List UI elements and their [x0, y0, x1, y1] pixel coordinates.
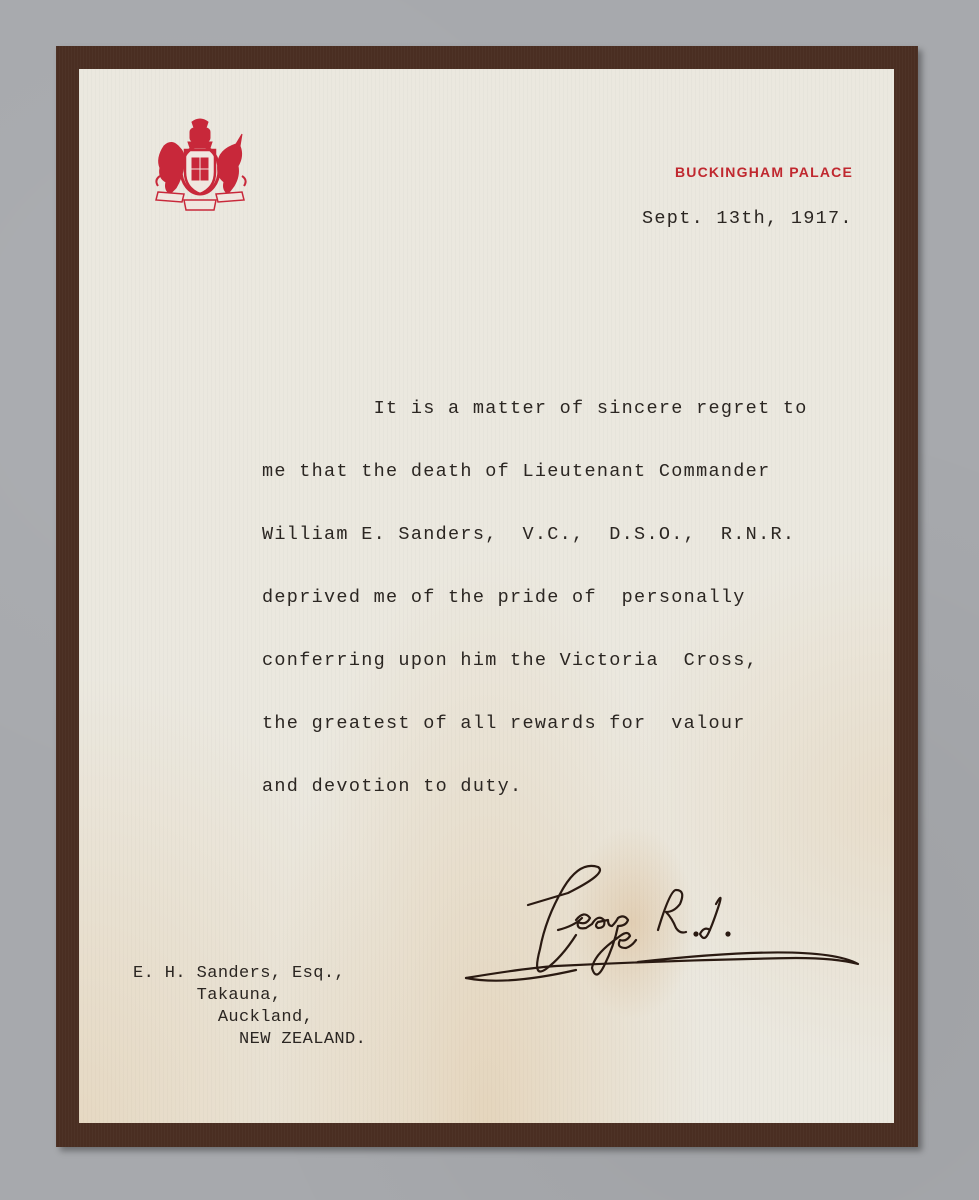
- letterhead-address: BUCKINGHAM PALACE: [600, 164, 853, 180]
- address-line: Takauna,: [133, 986, 281, 1005]
- address-line: NEW ZEALAND.: [133, 1030, 366, 1049]
- body-line: conferring upon him the Victoria Cross,: [262, 650, 758, 671]
- address-line: E. H. Sanders, Esq.,: [133, 964, 345, 983]
- body-line: the greatest of all rewards for valour: [262, 713, 746, 734]
- signature-george-ri: George R. I.: [458, 860, 878, 990]
- body-line: William E. Sanders, V.C., D.S.O., R.N.R.: [262, 524, 795, 545]
- body-line: It is a matter of sincere regret to: [262, 398, 808, 419]
- royal-coat-of-arms-icon: [152, 116, 248, 214]
- letter-date: Sept. 13th, 1917.: [642, 208, 853, 229]
- body-line: and devotion to duty.: [262, 776, 522, 797]
- address-line: Auckland,: [133, 1008, 313, 1027]
- body-line: me that the death of Lieutenant Commande…: [262, 461, 770, 482]
- body-line: deprived me of the pride of personally: [262, 587, 746, 608]
